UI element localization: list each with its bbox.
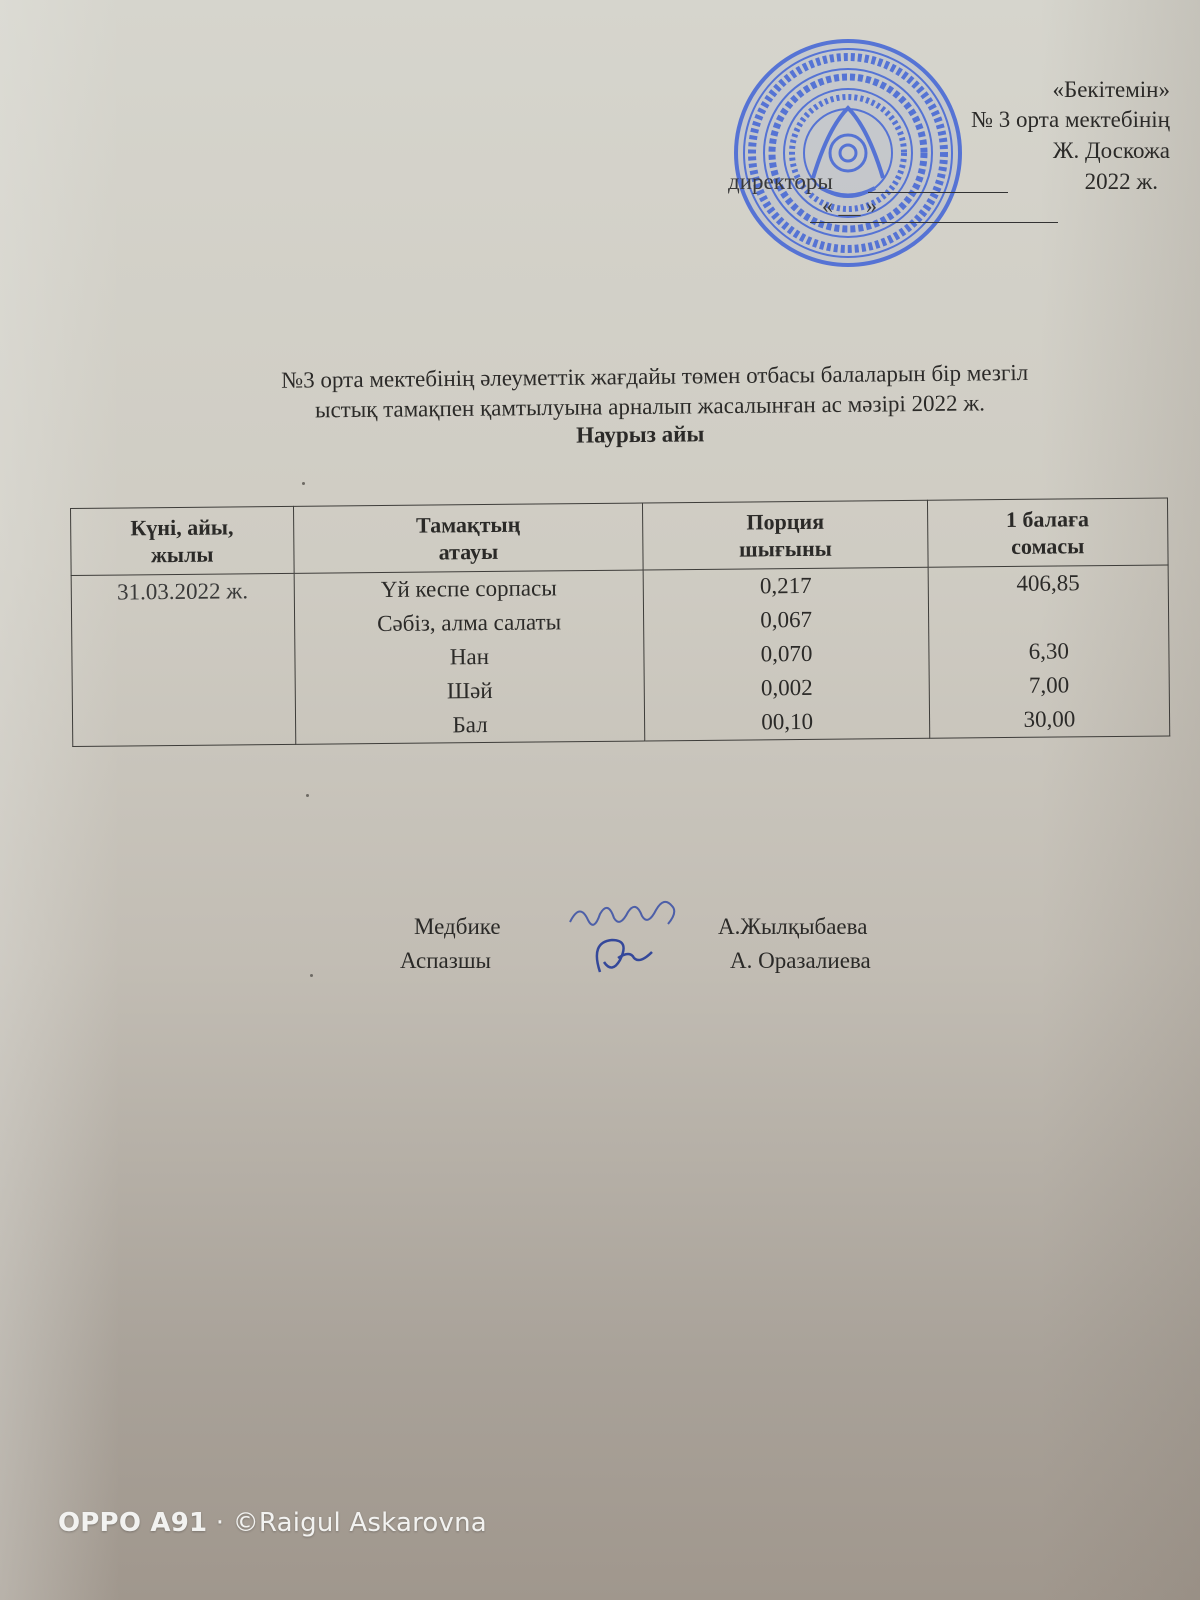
paper-speck (310, 974, 313, 977)
signature-role: Медбике (414, 910, 501, 944)
cost-cell: 406,85 6,30 7,00 30,00 (928, 565, 1170, 738)
approval-block: «Бекітемін» № 3 орта мектебінің директор… (700, 74, 1170, 244)
approval-date-line (810, 222, 1058, 223)
dish-item: Сәбіз, алма салаты (294, 605, 643, 642)
document-title: №3 орта мектебінің әлеуметтік жағдайы тө… (100, 356, 1181, 455)
paper-speck (306, 794, 309, 797)
signatures-block: Медбике А.Жылқыбаева Аспазшы А. Оразалие… (400, 910, 960, 978)
cost-item: 406,85 (928, 565, 1168, 601)
cost-item (929, 599, 1169, 635)
director-signature-line (868, 192, 1008, 193)
approval-school: № 3 орта мектебінің (971, 104, 1170, 135)
portion-item: 0,002 (645, 670, 929, 707)
paper-speck (302, 482, 305, 485)
header-cost: 1 балаға сомасы (927, 498, 1168, 567)
cost-item: 6,30 (929, 633, 1169, 669)
dish-item: Шәй (295, 672, 644, 709)
approval-title: «Бекітемін» (1053, 74, 1171, 105)
menu-table: Күні, айы, жылы Тамақтың атауы Порция шы… (70, 497, 1170, 747)
paper-shading-left (0, 0, 120, 1600)
signature-name: А. Оразалиева (730, 944, 871, 978)
dish-item: Үй кеспе сорпасы (294, 571, 643, 608)
table-row: 31.03.2022 ж. Үй кеспе сорпасы Сәбіз, ал… (71, 565, 1170, 747)
portion-item: 0,217 (644, 568, 928, 605)
approval-year: 2022 ж. (1085, 166, 1158, 197)
approval-director-label: директоры (728, 166, 833, 197)
portion-item: 00,10 (645, 704, 929, 741)
dish-item: Бал (295, 706, 644, 743)
date-cell: 31.03.2022 ж. (71, 573, 295, 746)
dish-cell: Үй кеспе сорпасы Сәбіз, алма салаты Нан … (294, 570, 646, 744)
portion-item: 0,070 (645, 636, 929, 673)
header-date: Күні, айы, жылы (71, 506, 294, 575)
watermark-separator: · (207, 1508, 232, 1538)
watermark-brand: OPPO A91 (58, 1508, 207, 1538)
approval-director-name: Ж. Доскожа (1053, 135, 1170, 166)
signature-row: Аспазшы А. Оразалиева (400, 944, 960, 978)
dish-item: Нан (295, 638, 644, 675)
portion-cell: 0,217 0,067 0,070 0,002 00,10 (644, 567, 930, 741)
cost-item: 30,00 (930, 701, 1170, 737)
header-dish: Тамақтың атауы (293, 503, 644, 573)
approval-date-quote: « __ » (822, 190, 877, 221)
signature-role: Аспазшы (400, 944, 491, 978)
camera-watermark: OPPO A91 · ©Raigul Askarovna (58, 1508, 487, 1538)
cost-item: 7,00 (929, 667, 1169, 703)
portion-item: 0,067 (644, 602, 928, 639)
signature-name: А.Жылқыбаева (718, 910, 867, 944)
header-portion: Порция шығыны (643, 500, 928, 570)
watermark-credit: ©Raigul Askarovna (233, 1508, 487, 1538)
table-header-row: Күні, айы, жылы Тамақтың атауы Порция шы… (71, 498, 1169, 576)
signature-row: Медбике А.Жылқыбаева (400, 910, 960, 944)
